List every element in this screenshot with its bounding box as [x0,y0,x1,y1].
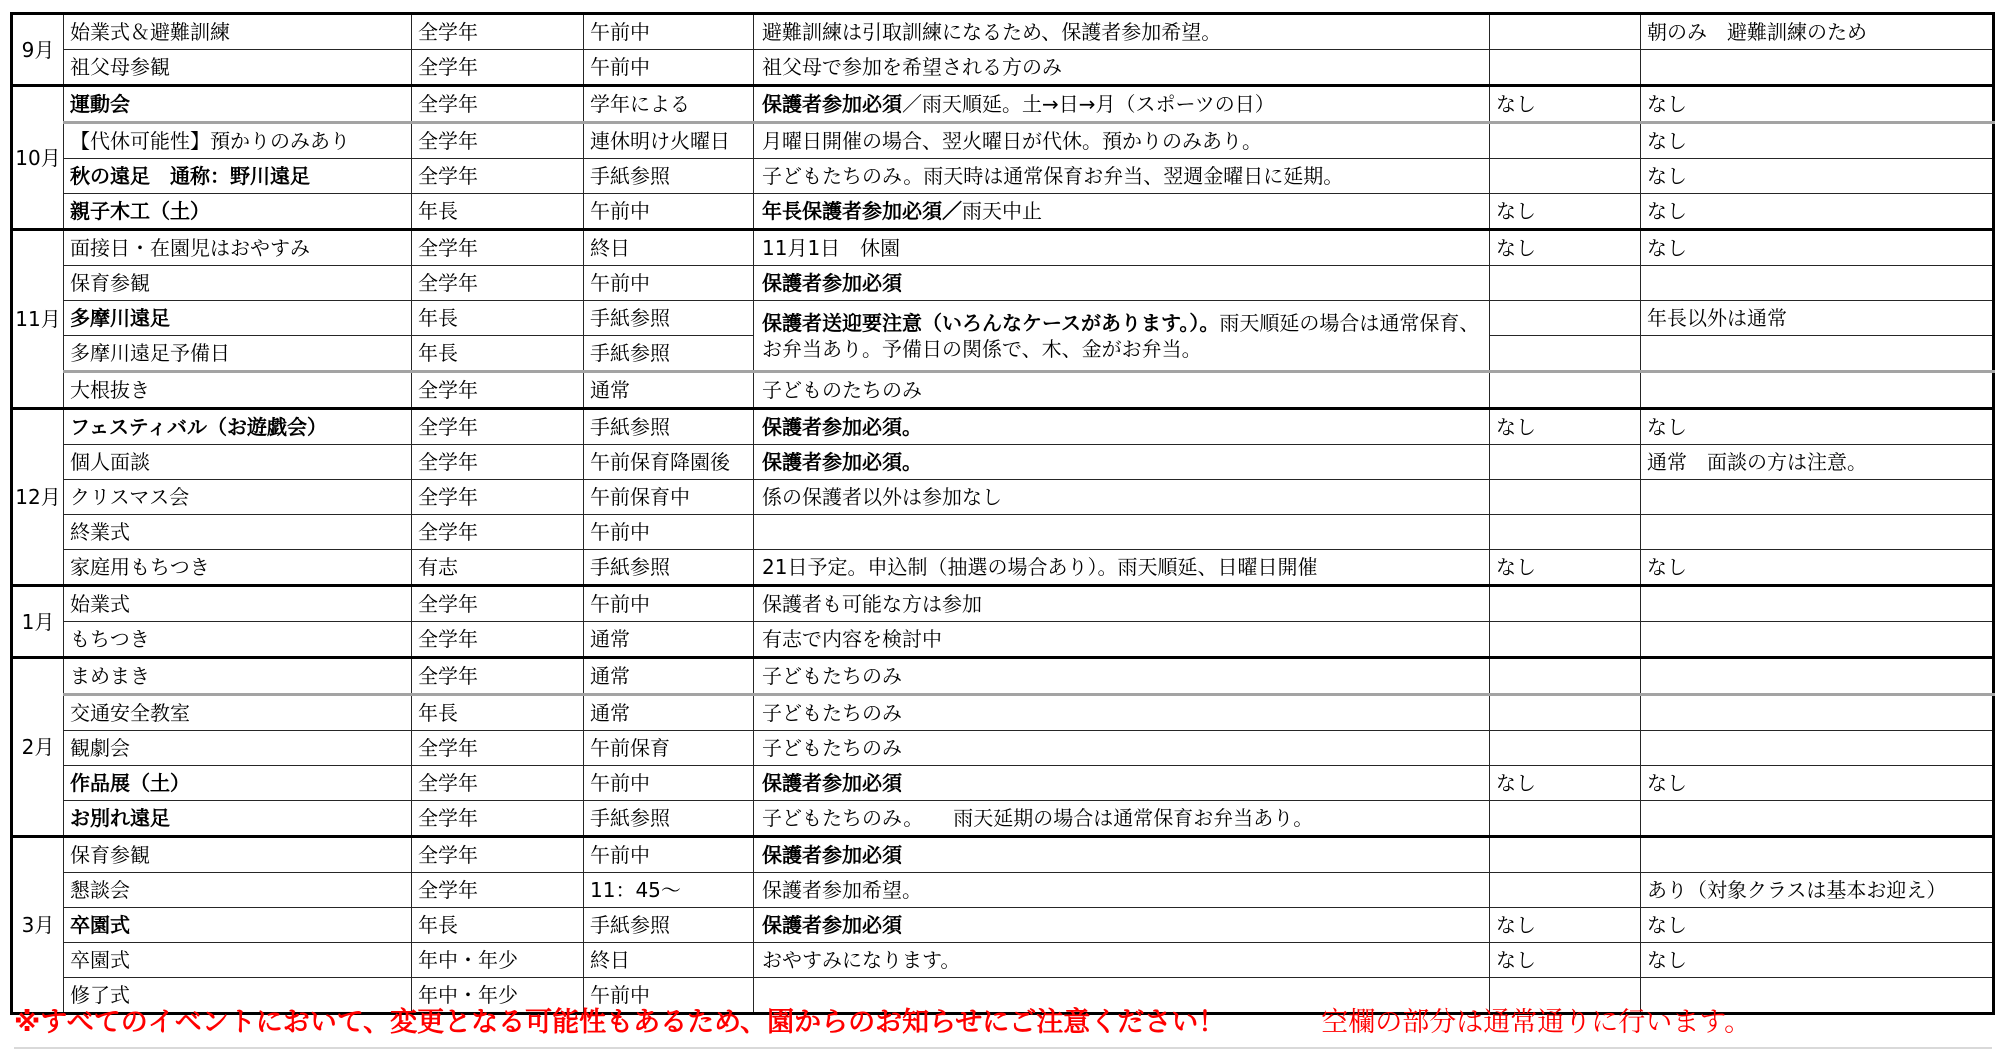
note-cell: 保護者参加必須／雨天順延。土→日→月（スポーツの日） [754,86,1490,123]
event-cell: フェスティバル（お遊戯会） [64,409,412,445]
time-cell: 通常 [584,695,754,731]
note-cell: 11月1日 休園 [754,230,1490,266]
col6-cell [1490,445,1641,480]
note-cell: 子どもたちのみ [754,658,1490,695]
col6-cell [1490,837,1641,873]
event-cell: 始業式 [64,586,412,622]
note-segment: 子どもたちのみ。 雨天延期の場合は通常保育お弁当あり。 [762,806,1313,830]
note-segment: 保護者参加必須 [762,771,902,795]
event-table-body: 9月始業式＆避難訓練全学年午前中避難訓練は引取訓練になるため、保護者参加希望。朝… [12,14,1994,1014]
col7-cell: あり（対象クラスは基本お迎え） [1641,873,1994,908]
grade-cell: 全学年 [412,372,584,409]
note-cell: 保護者参加必須 [754,837,1490,873]
col6-cell: なし [1490,86,1641,123]
table-row: 1月始業式全学年午前中保護者も可能な方は参加 [12,586,1994,622]
table-row: 秋の遠足 通称：野川遠足全学年手紙参照子どもたちのみ。雨天時は通常保育お弁当、翌… [12,159,1994,194]
col6-cell [1490,336,1641,372]
note-segment: 子どものたちのみ [762,378,922,402]
col7-cell [1641,658,1994,695]
col6-cell: なし [1490,908,1641,943]
time-cell: 午前中 [584,14,754,50]
event-cell: 親子木工（土） [64,194,412,230]
note-cell: 保護者参加希望。 [754,873,1490,908]
event-cell: 作品展（土） [64,766,412,801]
event-cell: お別れ遠足 [64,801,412,837]
grade-cell: 全学年 [412,480,584,515]
month-cell: 9月 [12,14,64,86]
col6-cell: なし [1490,943,1641,978]
note-cell [754,515,1490,550]
time-cell: 午前保育 [584,731,754,766]
time-cell: 手紙参照 [584,336,754,372]
month-cell: 3月 [12,837,64,1014]
col6-cell [1490,515,1641,550]
grade-cell: 全学年 [412,801,584,837]
time-cell: 手紙参照 [584,908,754,943]
note-cell: 保護者参加必須 [754,766,1490,801]
grade-cell: 年長 [412,695,584,731]
grade-cell: 全学年 [412,515,584,550]
col6-cell [1490,695,1641,731]
footer-warning-text: ※すべてのイベントにおいて、変更となる可能性もあるため、園からのお知らせにご注意… [14,1007,1225,1038]
table-row: 家庭用もちつき有志手紙参照21日予定。申込制（抽選の場合あり）。雨天順延、日曜日… [12,550,1994,586]
col7-cell: なし [1641,194,1994,230]
event-cell: 終業式 [64,515,412,550]
grade-cell: 全学年 [412,230,584,266]
time-cell: 午前保育中 [584,480,754,515]
col6-cell: なし [1490,766,1641,801]
event-cell: 大根抜き [64,372,412,409]
note-segment: 有志で内容を検討中 [762,627,942,651]
table-row: 作品展（土）全学年午前中保護者参加必須なしなし [12,766,1994,801]
event-cell: 卒園式 [64,943,412,978]
note-cell: 子どもたちのみ。 雨天延期の場合は通常保育お弁当あり。 [754,801,1490,837]
event-cell: 保育参観 [64,837,412,873]
table-row: 祖父母参観全学年午前中祖父母で参加を希望される方のみ [12,50,1994,86]
time-cell: 通常 [584,622,754,658]
grade-cell: 全学年 [412,658,584,695]
table-row: もちつき全学年通常有志で内容を検討中 [12,622,1994,658]
col6-cell: なし [1490,194,1641,230]
table-row: お別れ遠足全学年手紙参照子どもたちのみ。 雨天延期の場合は通常保育お弁当あり。 [12,801,1994,837]
time-cell: 午前中 [584,515,754,550]
col6-cell [1490,123,1641,159]
note-segment: 保護者参加必須 [762,92,902,116]
note-cell: 保護者参加必須 [754,266,1490,301]
time-cell: 午前中 [584,50,754,86]
table-row: 【代休可能性】預かりのみあり全学年連休明け火曜日月曜日開催の場合、翌火曜日が代休… [12,123,1994,159]
time-cell: 終日 [584,230,754,266]
col7-cell: なし [1641,409,1994,445]
footer-supplement-text: 空欄の部分は通常通りに行います。 [1321,1007,1751,1038]
event-cell: まめまき [64,658,412,695]
col6-cell [1490,266,1641,301]
col7-cell [1641,695,1994,731]
time-cell: 11：45～ [584,873,754,908]
col7-cell: なし [1641,123,1994,159]
event-cell: 懇談会 [64,873,412,908]
table-row: 保育参観全学年午前中保護者参加必須 [12,266,1994,301]
col7-cell [1641,801,1994,837]
time-cell: 午前保育降園後 [584,445,754,480]
time-cell: 終日 [584,943,754,978]
col7-cell: なし [1641,766,1994,801]
time-cell: 通常 [584,372,754,409]
month-cell: 1月 [12,586,64,658]
col6-cell [1490,14,1641,50]
event-cell: 運動会 [64,86,412,123]
note-segment: 21日予定。申込制（抽選の場合あり）。雨天順延、日曜日開催 [762,555,1317,579]
note-cell: 祖父母で参加を希望される方のみ [754,50,1490,86]
note-cell: 有志で内容を検討中 [754,622,1490,658]
note-cell: おやすみになります。 [754,943,1490,978]
col6-cell [1490,731,1641,766]
col6-cell [1490,622,1641,658]
grade-cell: 年長 [412,908,584,943]
time-cell: 午前中 [584,766,754,801]
time-cell: 午前中 [584,837,754,873]
col6-cell [1490,658,1641,695]
note-segment: 保護者参加必須 [762,271,902,295]
note-cell: 保護者参加必須。 [754,445,1490,480]
grade-cell: 全学年 [412,445,584,480]
note-segment: おやすみになります。 [762,948,960,972]
table-row: 個人面談全学年午前保育降園後保護者参加必須。通常 面談の方は注意。 [12,445,1994,480]
note-segment: 月曜日開催の場合、翌火曜日が代休。預かりのみあり。 [762,129,1262,153]
note-segment: 係の保護者以外は参加なし [762,485,1002,509]
col6-cell [1490,301,1641,336]
grade-cell: 有志 [412,550,584,586]
note-cell: 子どもたちのみ [754,731,1490,766]
col7-cell: なし [1641,230,1994,266]
note-segment: 雨天中止 [962,199,1042,223]
note-segment: 避難訓練は引取訓練になるため、保護者参加希望。 [762,20,1221,44]
note-cell: 年長保護者参加必須／雨天中止 [754,194,1490,230]
event-cell: クリスマス会 [64,480,412,515]
note-segment: 子どもたちのみ [762,664,902,688]
grade-cell: 年長 [412,336,584,372]
col7-cell: 通常 面談の方は注意。 [1641,445,1994,480]
time-cell: 学年による [584,86,754,123]
table-row: 2月まめまき全学年通常子どもたちのみ [12,658,1994,695]
event-cell: 多摩川遠足予備日 [64,336,412,372]
col6-cell [1490,801,1641,837]
table-row: 3月保育参観全学年午前中保護者参加必須 [12,837,1994,873]
note-segment: 保護者参加必須。 [762,450,922,474]
footer-warning: ※すべてのイベントにおいて、変更となる可能性もあるため、園からのお知らせにご注意… [14,1000,1992,1049]
col6-cell [1490,372,1641,409]
month-cell: 2月 [12,658,64,837]
note-segment: ／雨天順延。土→日→月（スポーツの日） [902,92,1275,116]
event-cell: 多摩川遠足 [64,301,412,336]
event-cell: 観劇会 [64,731,412,766]
col6-cell [1490,50,1641,86]
note-cell: 避難訓練は引取訓練になるため、保護者参加希望。 [754,14,1490,50]
month-cell: 10月 [12,86,64,230]
time-cell: 手紙参照 [584,801,754,837]
time-cell: 手紙参照 [584,550,754,586]
time-cell: 手紙参照 [584,159,754,194]
col7-cell: なし [1641,943,1994,978]
table-row: 卒園式年長手紙参照保護者参加必須なしなし [12,908,1994,943]
col6-cell: なし [1490,230,1641,266]
note-cell: 保護者も可能な方は参加 [754,586,1490,622]
col7-cell [1641,515,1994,550]
note-cell: 保護者送迎要注意（いろんなケースがあります。）。雨天順延の場合は通常保育、お弁当… [754,301,1490,372]
note-cell: 保護者参加必須 [754,908,1490,943]
col7-cell [1641,586,1994,622]
col6-cell: なし [1490,409,1641,445]
event-cell: 【代休可能性】預かりのみあり [64,123,412,159]
table-row: 懇談会全学年11：45～保護者参加希望。あり（対象クラスは基本お迎え） [12,873,1994,908]
grade-cell: 全学年 [412,586,584,622]
event-cell: 面接日・在園児はおやすみ [64,230,412,266]
event-cell: 交通安全教室 [64,695,412,731]
table-row: クリスマス会全学年午前保育中係の保護者以外は参加なし [12,480,1994,515]
note-cell: 月曜日開催の場合、翌火曜日が代休。預かりのみあり。 [754,123,1490,159]
time-cell: 連休明け火曜日 [584,123,754,159]
col7-cell [1641,266,1994,301]
col6-cell [1490,586,1641,622]
col7-cell [1641,731,1994,766]
note-cell: 子どもたちのみ [754,695,1490,731]
event-cell: 卒園式 [64,908,412,943]
grade-cell: 全学年 [412,266,584,301]
col7-cell: なし [1641,908,1994,943]
table-row: 多摩川遠足年長手紙参照保護者送迎要注意（いろんなケースがあります。）。雨天順延の… [12,301,1994,336]
table-row: 観劇会全学年午前保育子どもたちのみ [12,731,1994,766]
note-segment: 保護者も可能な方は参加 [762,592,982,616]
col7-cell [1641,50,1994,86]
note-segment: 11月1日 休園 [762,236,900,260]
note-segment: 保護者参加必須 [762,913,902,937]
grade-cell: 全学年 [412,731,584,766]
time-cell: 手紙参照 [584,409,754,445]
event-cell: 秋の遠足 通称：野川遠足 [64,159,412,194]
time-cell: 手紙参照 [584,301,754,336]
note-segment: 祖父母で参加を希望される方のみ [762,55,1062,79]
grade-cell: 全学年 [412,766,584,801]
col6-cell [1490,480,1641,515]
note-cell: 21日予定。申込制（抽選の場合あり）。雨天順延、日曜日開催 [754,550,1490,586]
table-row: 大根抜き全学年通常子どものたちのみ [12,372,1994,409]
note-cell: 係の保護者以外は参加なし [754,480,1490,515]
event-cell: もちつき [64,622,412,658]
table-row: 交通安全教室年長通常子どもたちのみ [12,695,1994,731]
table-row: 卒園式年中・年少終日おやすみになります。なしなし [12,943,1994,978]
grade-cell: 年長 [412,194,584,230]
time-cell: 午前中 [584,266,754,301]
grade-cell: 全学年 [412,622,584,658]
grade-cell: 全学年 [412,873,584,908]
time-cell: 午前中 [584,194,754,230]
col7-cell: なし [1641,86,1994,123]
table-row: 親子木工（土）年長午前中年長保護者参加必須／雨天中止なしなし [12,194,1994,230]
event-cell: 個人面談 [64,445,412,480]
grade-cell: 全学年 [412,14,584,50]
note-segment: 保護者参加必須。 [762,415,922,439]
document-sheet: 9月始業式＆避難訓練全学年午前中避難訓練は引取訓練になるため、保護者参加希望。朝… [0,0,2000,1056]
col7-cell: 年長以外は通常 [1641,301,1994,336]
col7-cell [1641,372,1994,409]
note-segment: 保護者送迎要注意（いろんなケースがあります。）。 [762,311,1219,335]
table-row: 9月始業式＆避難訓練全学年午前中避難訓練は引取訓練になるため、保護者参加希望。朝… [12,14,1994,50]
table-row: 12月フェスティバル（お遊戯会）全学年手紙参照保護者参加必須。なしなし [12,409,1994,445]
note-cell: 子どもたちのみ。雨天時は通常保育お弁当、翌週金曜日に延期。 [754,159,1490,194]
grade-cell: 全学年 [412,409,584,445]
event-cell: 家庭用もちつき [64,550,412,586]
month-cell: 11月 [12,230,64,409]
time-cell: 通常 [584,658,754,695]
note-segment: 年長保護者参加必須／ [762,199,962,223]
note-cell: 子どものたちのみ [754,372,1490,409]
event-schedule-table: 9月始業式＆避難訓練全学年午前中避難訓練は引取訓練になるため、保護者参加希望。朝… [10,12,1995,1015]
col6-cell [1490,873,1641,908]
table-row: 終業式全学年午前中 [12,515,1994,550]
col7-cell [1641,336,1994,372]
grade-cell: 全学年 [412,837,584,873]
grade-cell: 年中・年少 [412,943,584,978]
time-cell: 午前中 [584,586,754,622]
note-segment: 保護者参加希望。 [762,878,922,902]
grade-cell: 全学年 [412,123,584,159]
col7-cell: 朝のみ 避難訓練のため [1641,14,1994,50]
col7-cell: なし [1641,159,1994,194]
note-cell: 保護者参加必須。 [754,409,1490,445]
grade-cell: 年長 [412,301,584,336]
col6-cell [1490,159,1641,194]
event-cell: 始業式＆避難訓練 [64,14,412,50]
col7-cell: なし [1641,550,1994,586]
event-cell: 祖父母参観 [64,50,412,86]
grade-cell: 全学年 [412,86,584,123]
grade-cell: 全学年 [412,159,584,194]
col6-cell: なし [1490,550,1641,586]
note-segment: 子どもたちのみ [762,701,902,725]
col7-cell [1641,480,1994,515]
event-cell: 保育参観 [64,266,412,301]
table-row: 10月運動会全学年学年による保護者参加必須／雨天順延。土→日→月（スポーツの日）… [12,86,1994,123]
note-segment: 子どもたちのみ [762,736,902,760]
month-cell: 12月 [12,409,64,586]
note-segment: 保護者参加必須 [762,843,902,867]
col7-cell [1641,622,1994,658]
note-segment: 子どもたちのみ。雨天時は通常保育お弁当、翌週金曜日に延期。 [762,164,1343,188]
table-row: 11月面接日・在園児はおやすみ全学年終日11月1日 休園なしなし [12,230,1994,266]
col7-cell [1641,837,1994,873]
grade-cell: 全学年 [412,50,584,86]
